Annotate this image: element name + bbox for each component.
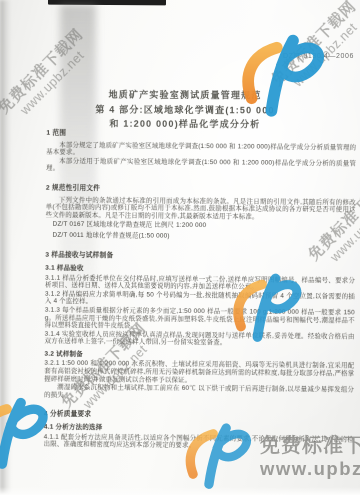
footer-watermark: 免费标准下载网 www.upbz.net: [182, 418, 360, 490]
numbered-paragraph: 3.1.2 样品编码应力求简单明确,每 50 个号码编为一批,按批随机抽取编码时…: [45, 290, 355, 308]
document-body: 1 范围本部分规定了地质矿产实验室区域地球化学调查(1:50 000 和 1:2…: [44, 130, 357, 453]
numbered-paragraph: 3.2.1 1:50 000 和 1:200 000 水系沉积物、土壤试样应采用…: [44, 360, 354, 385]
document-title: 地质矿产实验室测试质量管理规范 第 4 部分:区域地球化学调查(1:50 000…: [20, 87, 350, 132]
section-heading: 1 范围: [46, 130, 356, 140]
footer-watermark-text: 免费标准下载网 www.upbz.net: [260, 429, 360, 480]
paragraph: 本部分规定了地质矿产实验室区域地球化学调查(1:50 000 和 1:200 0…: [46, 141, 356, 159]
numbered-paragraph: 3.1.1 样品分析委托单位在交付样品时,应填写送样单一式二份,送样单应写明图幅…: [45, 274, 355, 292]
watermark-site-name: 免费标准下载网: [263, 0, 360, 92]
diagonal-watermark: 免费标准下载网 www.upbz.net: [263, 0, 360, 102]
footer-site-name: 免费标准下载网: [260, 429, 360, 458]
paragraph: 潮湿的水系沉积物和土壤试样,加工前应在 60℃ 以下烘干或阴干后再进行制备,以尽…: [44, 384, 354, 402]
standard-number: DZ/T 0130.4—2006: [283, 53, 354, 60]
subsection-heading: 3.1 样品验收: [45, 265, 355, 275]
reference-item: DZ/T 0011 地球化学普查规范(1:50 000): [52, 231, 355, 243]
paragraph: 本部分适用于地质矿产实验室区域地球化学调查(1:50 000 和 1:200 0…: [46, 157, 356, 175]
up-logo-icon: [182, 418, 256, 490]
section-heading: 2 规范性引用文件: [46, 185, 356, 195]
scanned-document-page: DZ/T 0130.4—2006 地质矿产实验室测试质量管理规范 第 4 部分:…: [0, 0, 360, 495]
paragraph: 下列文件中的条款通过本标准的引用而成为本标准的条款。凡是注日期的引用文件,其随后…: [46, 196, 356, 221]
numbered-paragraph: 3.1.3 每个样品质量根据分析元素的多少而定,1:50 000 样品一般要求 …: [45, 307, 355, 332]
section-heading: 3 样品接收与试样制备: [45, 252, 355, 262]
footer-site-url: www.upbz.net: [260, 458, 360, 480]
numbered-paragraph: 3.1.4 实验室收样人员应按送样单认真清点样品,发现问题及时与送样单位联系,妥…: [45, 330, 355, 348]
scan-edge-shadow: [0, 0, 11, 495]
